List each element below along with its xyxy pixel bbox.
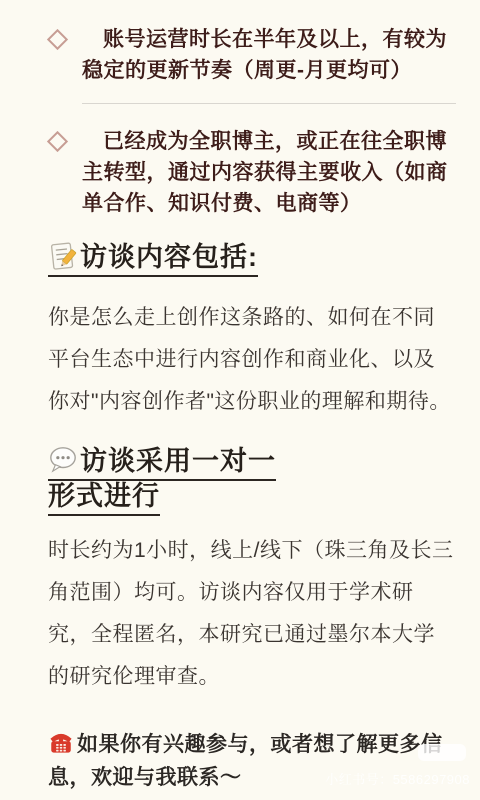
phone-icon — [48, 729, 74, 755]
section-interview-format: 访谈采用一对一 形式进行 时长约为1小时，线上/线下（珠三角及长三角范围）均可。… — [48, 445, 456, 698]
section-heading: 访谈采用一对一 形式进行 — [48, 445, 456, 516]
section-title-line2: 形式进行 — [48, 481, 160, 511]
requirement-text: 已经成为全职博主，或正在往全职博主转型，通过内容获得主要收入（如商单合作、知识付… — [82, 126, 456, 219]
section-title: 访谈内容包括: — [80, 242, 258, 272]
post-image: 账号运营时长在半年及以上，有较为稳定的更新节奏（周更-月更均可） 已经成为全职博… — [0, 0, 480, 800]
speech-bubble-icon — [48, 445, 78, 475]
watermark-account-id: 小红书号：5586297908 — [325, 769, 470, 788]
section-interview-content: 访谈内容包括: 你是怎么走上创作这条路的、如何在不同平台生态中进行内容创作和商业… — [48, 241, 456, 423]
section-title-line1: 访谈采用一对一 — [80, 446, 276, 476]
section-heading: 访谈内容包括: — [48, 241, 456, 277]
diamond-bullet-icon — [47, 29, 68, 50]
xiaohongshu-logo-icon — [418, 744, 466, 761]
section-body: 你是怎么走上创作这条路的、如何在不同平台生态中进行内容创作和商业化、以及你对"内… — [48, 297, 456, 423]
memo-icon — [48, 241, 78, 271]
list-item: 账号运营时长在半年及以上，有较为稳定的更新节奏（周更-月更均可） — [48, 24, 456, 86]
list-item: 已经成为全职博主，或正在往全职博主转型，通过内容获得主要收入（如商单合作、知识付… — [48, 126, 456, 219]
requirements-list: 账号运营时长在半年及以上，有较为稳定的更新节奏（周更-月更均可） 已经成为全职博… — [48, 24, 456, 219]
section-body: 时长约为1小时，线上/线下（珠三角及长三角范围）均可。访谈内容仅用于学术研究，全… — [48, 530, 456, 698]
diamond-bullet-icon — [47, 131, 68, 152]
watermark: 小红书号：5586297908 — [325, 744, 470, 788]
divider — [82, 103, 456, 104]
requirement-text: 账号运营时长在半年及以上，有较为稳定的更新节奏（周更-月更均可） — [82, 24, 456, 86]
